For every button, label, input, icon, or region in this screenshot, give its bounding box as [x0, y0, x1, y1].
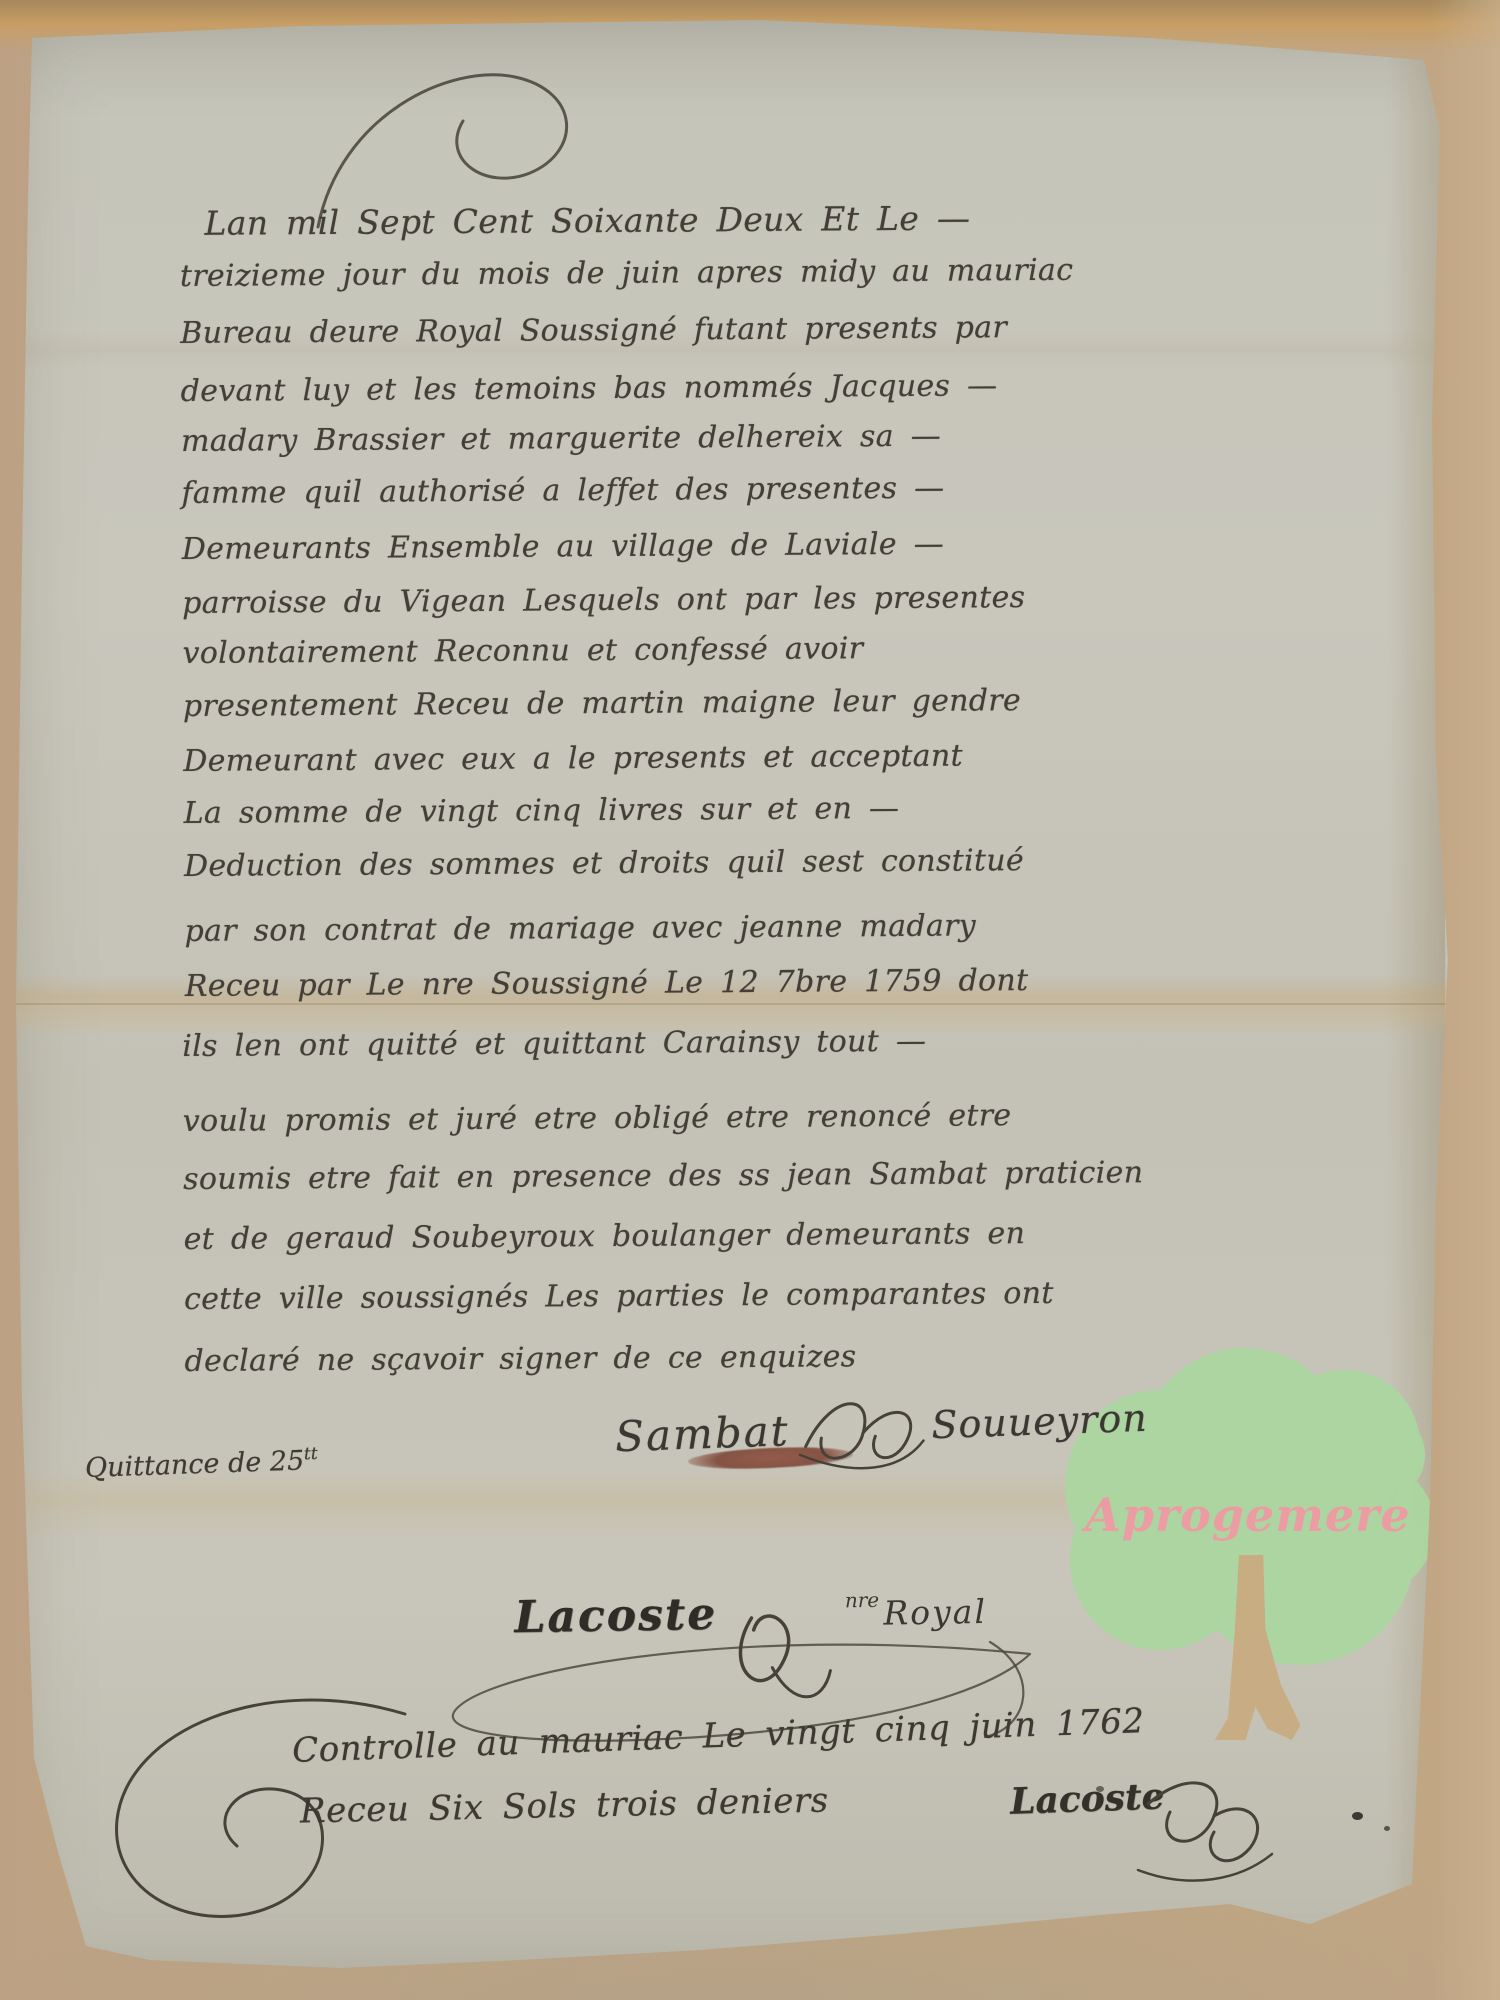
handwritten-line: declaré ne sçavoir signer de ce enquizes	[184, 1339, 856, 1379]
handwritten-line: presentement Receu de martin maigne leur…	[183, 683, 1021, 724]
handwritten-line: treizieme jour du mois de juin apres mid…	[180, 253, 1074, 294]
handwritten-line: parroisse du Vigean Lesquels ont par les…	[182, 580, 1025, 621]
paper-sheet: Aprogemere Lan mil Sept Cent Soixante De…	[0, 0, 1500, 2000]
handwritten-line: Demeurants Ensemble au village de Lavial…	[182, 527, 944, 567]
handwritten-line: par son contrat de mariage avec jeanne m…	[184, 908, 976, 949]
handwritten-line: et de geraud Soubeyroux boulanger demeur…	[184, 1216, 1026, 1257]
sambat-paraph-icon	[794, 1380, 927, 1474]
handwritten-line: Demeurant avec eux a le presents et acce…	[183, 739, 963, 779]
handwritten-line: Deduction des sommes et droits quil sest…	[184, 843, 1024, 884]
notary-title: Royal	[883, 1592, 987, 1633]
lacoste-paraph-2-icon	[1130, 1762, 1280, 1892]
photo-background: Aprogemere Lan mil Sept Cent Soixante De…	[0, 0, 1500, 2000]
handwritten-line: voulu promis et juré etre obligé etre re…	[183, 1098, 1012, 1139]
handwritten-line: cette ville soussignés Les parties le co…	[184, 1276, 1054, 1317]
handwritten-line: Lan mil Sept Cent Soixante Deux Et Le —	[204, 198, 970, 242]
margin-note-superscript: tt	[304, 1444, 318, 1464]
handwritten-line: Bureau deure Royal Soussigné futant pres…	[180, 310, 1007, 351]
handwritten-line: La somme de vingt cinq livres sur et en …	[184, 791, 900, 831]
signature-row: Sambat Souueyron	[614, 1373, 1150, 1482]
souueyron-signature: Souueyron	[931, 1396, 1149, 1448]
sambat-signature: Sambat	[614, 1406, 790, 1461]
handwritten-line: devant luy et les temoins bas nommés Jac…	[181, 368, 998, 409]
handwritten-line: famme quil authorisé a leffet des presen…	[181, 471, 944, 511]
handwritten-line: Receu par Le nre Soussigné Le 12 7bre 17…	[185, 963, 1029, 1004]
handwritten-line: volontairement Reconnu et confessé avoir	[182, 631, 863, 671]
handwritten-line: ils len ont quitté et quittant Carainsy …	[182, 1024, 926, 1064]
notary-title-abbr: nre	[845, 1588, 880, 1613]
handwritten-line: madary Brassier et marguerite delhereix …	[181, 419, 941, 459]
handwritten-line: soumis etre fait en presence des ss jean…	[183, 1155, 1143, 1197]
